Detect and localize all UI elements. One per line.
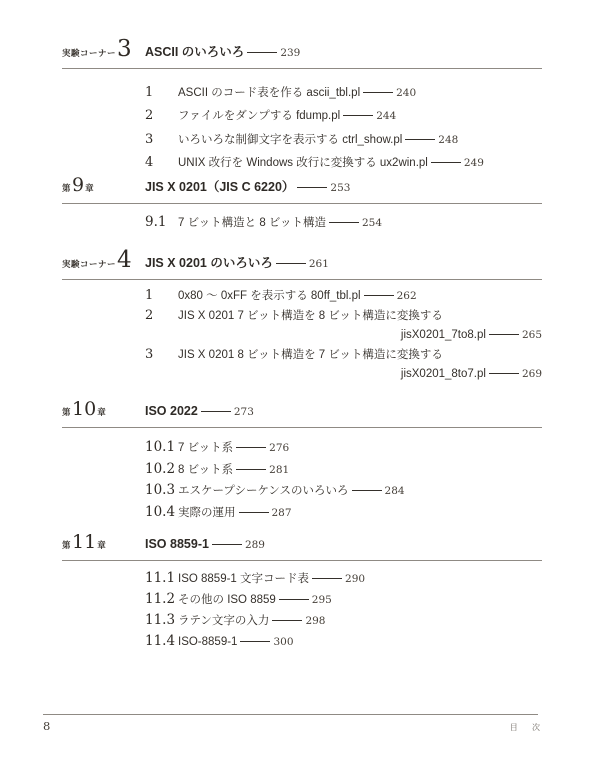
section-experiment-corner-3: 実験コーナー3ASCII のいろいろ239 1 ASCII のコード表を作る a… bbox=[62, 40, 542, 175]
item-title: 0x80 ～ 0xFF を表示する 80ff_tbl.pl bbox=[178, 290, 361, 302]
chapter-label: 第11章 bbox=[62, 533, 145, 554]
section-items: 11.1 ISO 8859-1 文字コード表290 11.2 その他の ISO … bbox=[145, 561, 542, 652]
section-title: ASCII のいろいろ bbox=[145, 45, 244, 59]
leader-dash bbox=[489, 334, 519, 335]
leader-dash bbox=[239, 512, 269, 513]
leader-dash bbox=[272, 620, 302, 621]
item-page-number: 269 bbox=[522, 368, 542, 380]
toc-item: 1 ASCII のコード表を作る ascii_tbl.pl240 bbox=[145, 81, 542, 104]
item-title: ラテン文字の入力 bbox=[178, 615, 269, 627]
section-chapter-9: 第9章JIS X 0201（JIS C 6220）253 9.1 7 ビット構造… bbox=[62, 176, 542, 233]
item-number: 10.4 bbox=[145, 503, 178, 523]
chapter-prefix: 第 bbox=[62, 540, 71, 550]
section-experiment-corner-4: 実験コーナー4JIS X 0201 のいろいろ261 1 0x80 ～ 0xFF… bbox=[62, 251, 542, 385]
item-page-number: 276 bbox=[269, 442, 289, 454]
section-title: ISO 8859-1 bbox=[145, 537, 209, 551]
item-page-number: 244 bbox=[376, 110, 396, 122]
item-page-number: 240 bbox=[396, 87, 416, 99]
item-title: JIS X 0201 8 ビット構造を 7 ビット構造に変換する bbox=[178, 346, 542, 364]
chapter-label: 第10章 bbox=[62, 400, 145, 421]
chapter-suffix: 章 bbox=[97, 540, 106, 550]
section-page-number: 273 bbox=[234, 406, 254, 418]
leader-dash bbox=[240, 641, 270, 642]
item-number: 10.2 bbox=[145, 460, 178, 480]
item-number: 2 bbox=[145, 307, 178, 325]
item-script-name: jisX0201_7to8.pl bbox=[401, 329, 486, 341]
section-chapter-10: 第10章ISO 2022273 10.1 7 ビット系276 10.2 8 ビッ… bbox=[62, 400, 542, 523]
item-page-number: 284 bbox=[385, 485, 405, 497]
section-heading: 第9章JIS X 0201（JIS C 6220）253 bbox=[62, 176, 542, 204]
toc-item: 3 JIS X 0201 8 ビット構造を 7 ビット構造に変換する jisX0… bbox=[145, 346, 542, 383]
footer-page-number: 8 bbox=[43, 719, 50, 733]
item-page-number: 287 bbox=[272, 507, 292, 519]
leader-dash bbox=[312, 578, 342, 579]
corner-label-text: 実験コーナー bbox=[62, 48, 116, 58]
item-number: 11.1 bbox=[145, 568, 178, 588]
toc-item: 10.1 7 ビット系276 bbox=[145, 437, 542, 459]
item-title: 7 ビット構造と 8 ビット構造 bbox=[178, 217, 326, 229]
corner-label: 実験コーナー3 bbox=[62, 40, 145, 62]
toc-item: 9.1 7 ビット構造と 8 ビット構造254 bbox=[145, 212, 542, 233]
leader-dash bbox=[489, 373, 519, 374]
leader-dash bbox=[405, 139, 435, 140]
page-footer: 8 目 次 bbox=[43, 714, 538, 733]
toc-item: 2 ファイルをダンプする fdump.pl244 bbox=[145, 104, 542, 127]
section-page-number: 239 bbox=[280, 47, 300, 59]
toc-item: 2 JIS X 0201 7 ビット構造を 8 ビット構造に変換する jisX0… bbox=[145, 307, 542, 344]
section-heading: 第10章ISO 2022273 bbox=[62, 400, 542, 428]
corner-number: 3 bbox=[116, 36, 133, 62]
chapter-prefix: 第 bbox=[62, 183, 71, 193]
chapter-suffix: 章 bbox=[85, 183, 94, 193]
toc-page: 実験コーナー3ASCII のいろいろ239 1 ASCII のコード表を作る a… bbox=[0, 0, 600, 758]
item-title: その他の ISO 8859 bbox=[178, 594, 276, 606]
item-title: 8 ビット系 bbox=[178, 464, 233, 476]
chapter-number: 10 bbox=[71, 398, 97, 420]
section-title: JIS X 0201（JIS C 6220） bbox=[145, 180, 294, 194]
item-page-number: 265 bbox=[522, 329, 542, 341]
toc-item: 4 UNIX 改行を Windows 改行に変換する ux2win.pl249 bbox=[145, 151, 542, 174]
leader-dash bbox=[343, 115, 373, 116]
section-page-number: 261 bbox=[309, 258, 329, 270]
item-page-number: 290 bbox=[345, 573, 365, 585]
footer-section-label: 目 次 bbox=[510, 722, 546, 733]
section-title: JIS X 0201 のいろいろ bbox=[145, 256, 273, 270]
section-items: 1 ASCII のコード表を作る ascii_tbl.pl240 2 ファイルを… bbox=[145, 69, 542, 175]
corner-label-text: 実験コーナー bbox=[62, 259, 116, 269]
leader-dash bbox=[236, 447, 266, 448]
leader-dash bbox=[279, 599, 309, 600]
item-title: ISO 8859-1 文字コード表 bbox=[178, 573, 309, 585]
item-page-number: 300 bbox=[273, 636, 293, 648]
item-number: 10.3 bbox=[145, 481, 178, 501]
toc-item: 11.2 その他の ISO 8859295 bbox=[145, 589, 542, 610]
section-heading: 実験コーナー3ASCII のいろいろ239 bbox=[62, 40, 542, 69]
section-items: 9.1 7 ビット構造と 8 ビット構造254 bbox=[145, 204, 542, 233]
item-title: いろいろな制御文字を表示する ctrl_show.pl bbox=[178, 134, 402, 146]
item-number: 1 bbox=[145, 287, 178, 305]
section-heading: 第11章ISO 8859-1289 bbox=[62, 533, 542, 561]
item-number: 9.1 bbox=[145, 212, 178, 232]
section-heading: 実験コーナー4JIS X 0201 のいろいろ261 bbox=[62, 251, 542, 280]
toc-item: 10.4 実際の運用287 bbox=[145, 502, 542, 524]
leader-dash bbox=[329, 222, 359, 223]
item-title: UNIX 改行を Windows 改行に変換する ux2win.pl bbox=[178, 157, 428, 169]
leader-dash bbox=[236, 469, 266, 470]
item-title: ASCII のコード表を作る ascii_tbl.pl bbox=[178, 87, 360, 99]
corner-number: 4 bbox=[116, 247, 133, 273]
chapter-label: 第9章 bbox=[62, 176, 145, 197]
section-page-number: 253 bbox=[330, 182, 350, 194]
toc-item: 10.3 エスケープシーケンスのいろいろ284 bbox=[145, 480, 542, 502]
chapter-suffix: 章 bbox=[97, 407, 106, 417]
toc-item: 11.3 ラテン文字の入力298 bbox=[145, 610, 542, 631]
leader-dash bbox=[201, 411, 231, 412]
item-number: 11.3 bbox=[145, 610, 178, 630]
item-title: ISO-8859-1 bbox=[178, 636, 237, 648]
toc-item: 10.2 8 ビット系281 bbox=[145, 459, 542, 481]
leader-dash bbox=[352, 490, 382, 491]
item-number: 11.2 bbox=[145, 589, 178, 609]
item-title: エスケープシーケンスのいろいろ bbox=[178, 485, 349, 497]
item-page-number: 298 bbox=[305, 615, 325, 627]
section-items: 1 0x80 ～ 0xFF を表示する 80ff_tbl.pl262 2 JIS… bbox=[145, 280, 542, 383]
item-continuation: jisX0201_8to7.pl269 bbox=[178, 364, 542, 383]
item-continuation: jisX0201_7to8.pl265 bbox=[178, 325, 542, 344]
item-number: 3 bbox=[145, 346, 178, 364]
item-number: 10.1 bbox=[145, 438, 178, 458]
item-page-number: 249 bbox=[464, 157, 484, 169]
chapter-prefix: 第 bbox=[62, 407, 71, 417]
toc-item: 11.1 ISO 8859-1 文字コード表290 bbox=[145, 568, 542, 589]
leader-dash bbox=[212, 544, 242, 545]
item-title: ファイルをダンプする fdump.pl bbox=[178, 110, 340, 122]
leader-dash bbox=[247, 52, 277, 53]
chapter-number: 9 bbox=[71, 174, 85, 196]
item-number: 1 bbox=[145, 82, 178, 104]
chapter-number: 11 bbox=[71, 531, 97, 553]
item-page-number: 262 bbox=[397, 290, 417, 302]
leader-dash bbox=[276, 263, 306, 264]
item-number: 4 bbox=[145, 152, 178, 174]
item-title: JIS X 0201 7 ビット構造を 8 ビット構造に変換する bbox=[178, 307, 542, 325]
section-chapter-11: 第11章ISO 8859-1289 11.1 ISO 8859-1 文字コード表… bbox=[62, 533, 542, 652]
item-page-number: 295 bbox=[312, 594, 332, 606]
item-title: 実際の運用 bbox=[178, 507, 236, 519]
item-title: 7 ビット系 bbox=[178, 442, 233, 454]
leader-dash bbox=[364, 295, 394, 296]
leader-dash bbox=[297, 187, 327, 188]
toc-item: 3 いろいろな制御文字を表示する ctrl_show.pl248 bbox=[145, 128, 542, 151]
section-items: 10.1 7 ビット系276 10.2 8 ビット系281 10.3 エスケープ… bbox=[145, 428, 542, 523]
item-page-number: 281 bbox=[269, 464, 289, 476]
section-title: ISO 2022 bbox=[145, 404, 198, 418]
item-script-name: jisX0201_8to7.pl bbox=[401, 368, 486, 380]
item-number: 3 bbox=[145, 129, 178, 151]
leader-dash bbox=[363, 92, 393, 93]
item-page-number: 248 bbox=[438, 134, 458, 146]
corner-label: 実験コーナー4 bbox=[62, 251, 145, 273]
section-page-number: 289 bbox=[245, 539, 265, 551]
item-number: 2 bbox=[145, 105, 178, 127]
item-page-number: 254 bbox=[362, 217, 382, 229]
leader-dash bbox=[431, 162, 461, 163]
toc-item: 1 0x80 ～ 0xFF を表示する 80ff_tbl.pl262 bbox=[145, 286, 542, 305]
item-number: 11.4 bbox=[145, 631, 178, 651]
toc-item: 11.4 ISO-8859-1300 bbox=[145, 631, 542, 652]
